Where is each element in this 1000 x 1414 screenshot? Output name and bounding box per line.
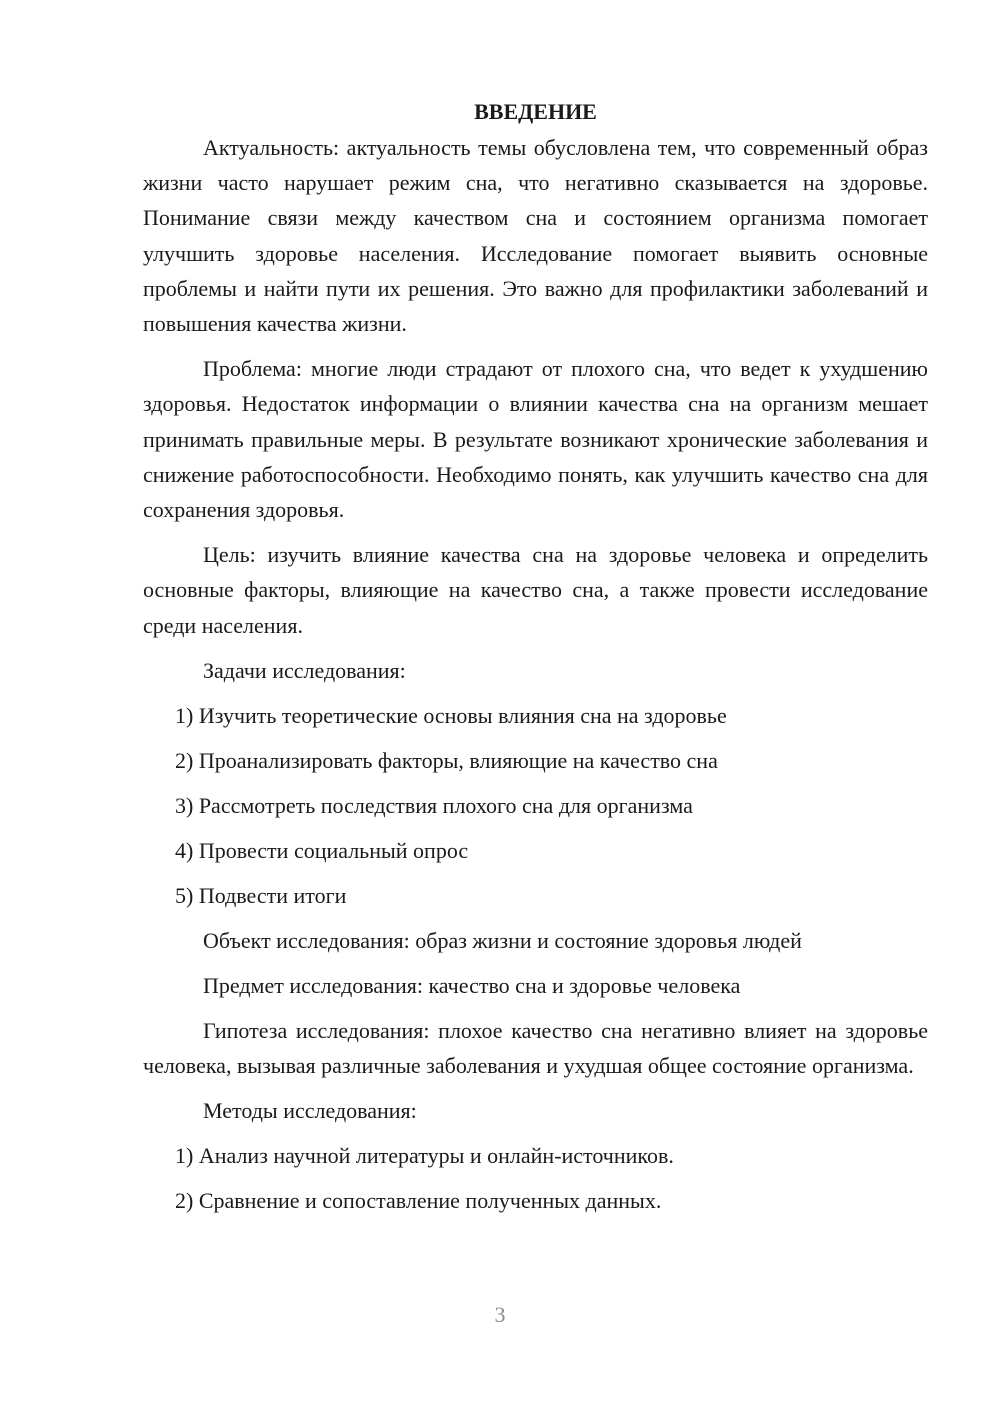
hypothesis-paragraph: Гипотеза исследования: плохое качество с…: [143, 1013, 928, 1083]
list-item: 2) Сравнение и сопоставление полученных …: [143, 1183, 928, 1218]
tasks-heading: Задачи исследования:: [143, 653, 928, 688]
relevance-paragraph: Актуальность: актуальность темы обусловл…: [143, 130, 928, 341]
page-number: 3: [0, 1302, 1000, 1328]
document-page: ВВЕДЕНИЕ Актуальность: актуальность темы…: [143, 94, 928, 1228]
list-item: 5) Подвести итоги: [143, 878, 928, 913]
list-item: 1) Анализ научной литературы и онлайн-ис…: [143, 1138, 928, 1173]
section-title: ВВЕДЕНИЕ: [143, 94, 928, 129]
list-item: 4) Провести социальный опрос: [143, 833, 928, 868]
subject-paragraph: Предмет исследования: качество сна и здо…: [143, 968, 928, 1003]
object-paragraph: Объект исследования: образ жизни и состо…: [143, 923, 928, 958]
tasks-list: 1) Изучить теоретические основы влияния …: [143, 698, 928, 913]
goal-paragraph: Цель: изучить влияние качества сна на зд…: [143, 537, 928, 643]
list-item: 1) Изучить теоретические основы влияния …: [143, 698, 928, 733]
list-item: 3) Рассмотреть последствия плохого сна д…: [143, 788, 928, 823]
methods-heading: Методы исследования:: [143, 1093, 928, 1128]
methods-list: 1) Анализ научной литературы и онлайн-ис…: [143, 1138, 928, 1218]
problem-paragraph: Проблема: многие люди страдают от плохог…: [143, 351, 928, 527]
list-item: 2) Проанализировать факторы, влияющие на…: [143, 743, 928, 778]
